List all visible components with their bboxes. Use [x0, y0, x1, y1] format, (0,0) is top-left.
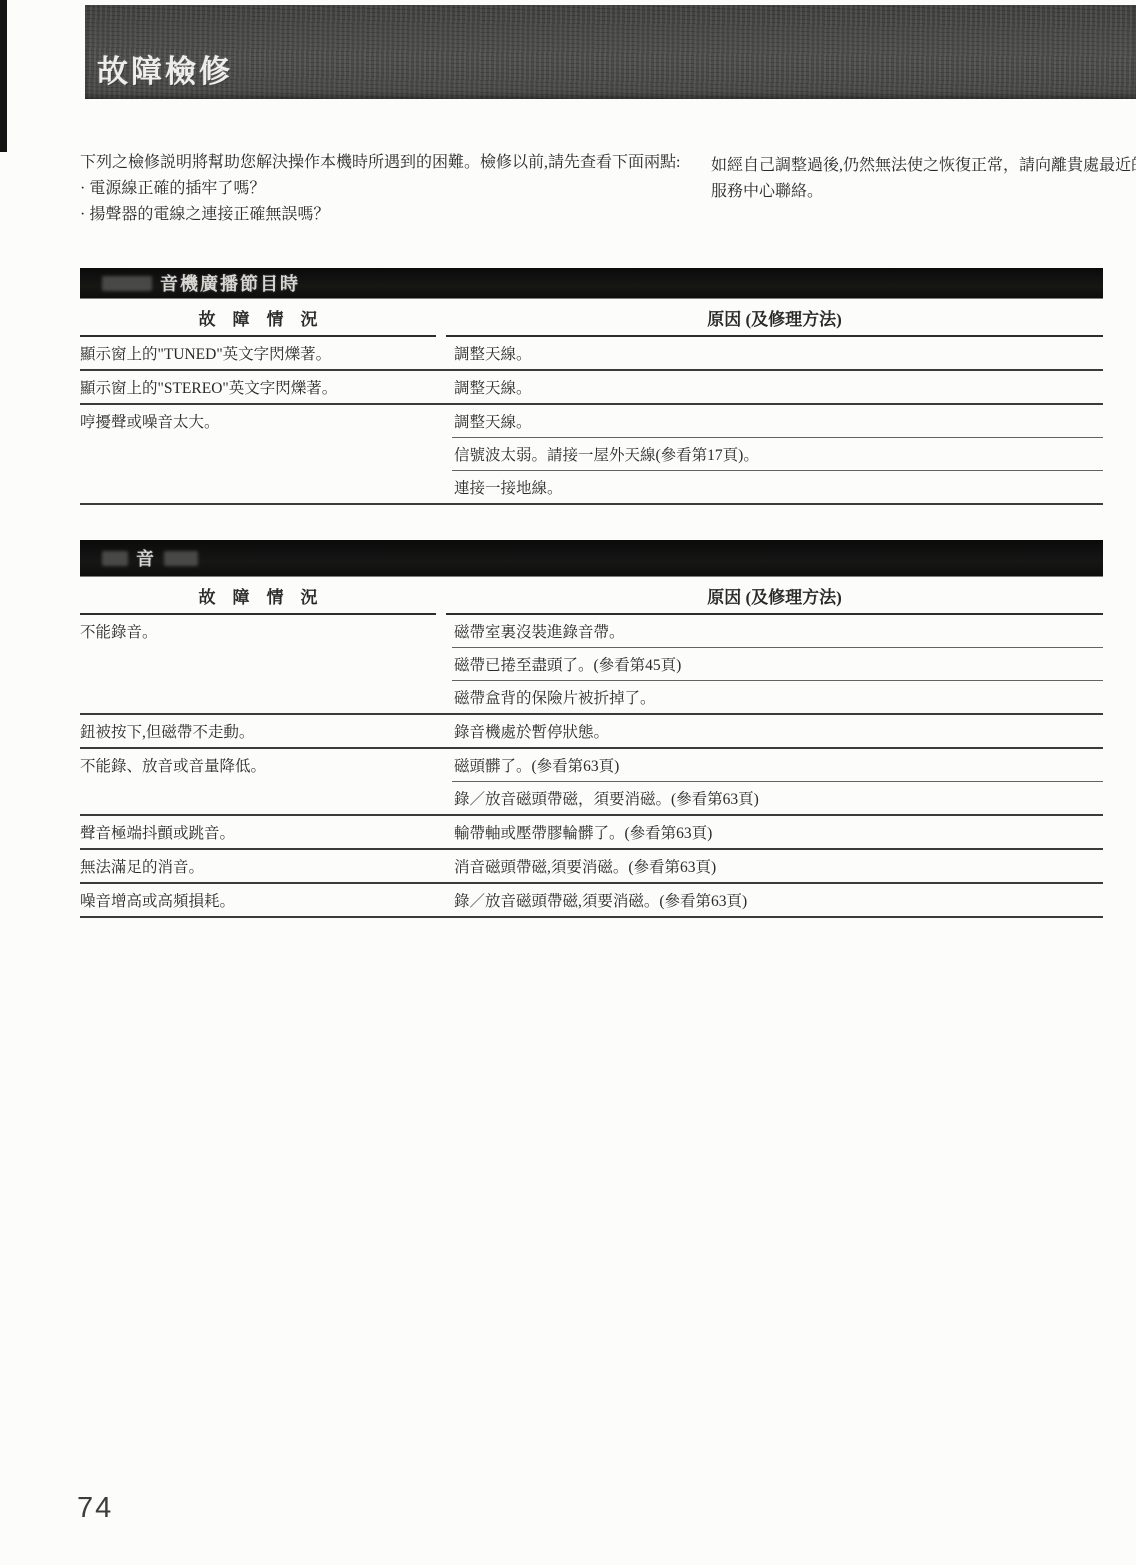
symptom-cell: 不能錄、放音或音量降低。 — [80, 749, 442, 814]
cause-cell: 連接一接地線。 — [452, 470, 1103, 503]
cause-cell: 磁帶盒背的保險片被折掉了。 — [452, 680, 1103, 713]
scan-edge-artifact — [0, 0, 7, 152]
table-row: 不能錄、放音或音量降低。 磁頭髒了。(參看第63頁) 錄／放音磁頭帶磁，須要消磁… — [80, 749, 1103, 816]
cause-cell: 磁帶室裏沒裝進錄音帶。 — [452, 615, 1103, 647]
cause-cell: 磁頭髒了。(參看第63頁) — [452, 749, 1103, 781]
cause-cell: 調整天線。 — [452, 405, 1103, 437]
troubleshooting-table-radio: 音機廣播節目時 故 障 情 況 原因 (及修理方法) 顯示窗上的"TUNED"英… — [80, 268, 1103, 505]
table-header-row: 故 障 情 況 原因 (及修理方法) — [80, 576, 1103, 615]
table-header-row: 故 障 情 況 原因 (及修理方法) — [80, 298, 1103, 337]
intro-line: 如經自己調整過後,仍然無法使之恢復正常，請向離貴處最近的 — [711, 153, 1136, 179]
table-row: 無法滿足的消音。 消音磁頭帶磁,須要消磁。(參看第63頁) — [80, 850, 1103, 884]
cause-cell: 調整天線。 — [452, 337, 1103, 369]
intro-checkpoint-1: · 電源線正確的插牢了嗎？ — [80, 176, 698, 202]
table-row: 顯示窗上的"STEREO"英文字閃爍著。 調整天線。 — [80, 371, 1103, 405]
section-header-recording: 音 — [80, 540, 1103, 576]
page-header-band: 故障檢修 — [85, 5, 1136, 99]
symptom-cell: 顯示窗上的"TUNED"英文字閃爍著。 — [80, 337, 442, 369]
cause-cell: 錄音機處於暫停狀態。 — [452, 715, 1103, 747]
intro-paragraph-left: 下列之檢修説明將幫助您解決操作本機時所遇到的困難。檢修以前,請先查看下面兩點: … — [80, 150, 698, 228]
page-title: 故障檢修 — [97, 46, 233, 91]
symptom-cell: 無法滿足的消音。 — [80, 850, 442, 882]
symptom-cell: 哼擾聲或噪音太大。 — [80, 405, 442, 503]
cause-cell: 錄／放音磁頭帶磁，須要消磁。(參看第63頁) — [452, 781, 1103, 814]
section-header-radio: 音機廣播節目時 — [80, 268, 1103, 298]
cause-cell: 消音磁頭帶磁,須要消磁。(參看第63頁) — [452, 850, 1103, 882]
cause-cell-group: 磁頭髒了。(參看第63頁) 錄／放音磁頭帶磁，須要消磁。(參看第63頁) — [452, 749, 1103, 814]
column-header-cause: 原因 (及修理方法) — [446, 305, 1103, 337]
intro-paragraph-right: 如經自己調整過後,仍然無法使之恢復正常，請向離貴處最近的 服務中心聯絡。 — [711, 153, 1136, 205]
symptom-cell: 鈕被按下,但磁帶不走動。 — [80, 715, 442, 747]
section-title: 音 — [136, 545, 156, 571]
cause-cell: 輸帶軸或壓帶膠輪髒了。(參看第63頁) — [452, 816, 1103, 848]
table-row: 噪音增高或高頻損耗。 錄／放音磁頭帶磁,須要消磁。(參看第63頁) — [80, 884, 1103, 918]
section-title: 音機廣播節目時 — [160, 270, 300, 296]
cause-cell-group: 錄／放音磁頭帶磁,須要消磁。(參看第63頁) — [452, 884, 1103, 916]
troubleshooting-table-recording: 音 故 障 情 況 原因 (及修理方法) 不能錄音。 磁帶室裏沒裝進錄音帶。 磁… — [80, 540, 1103, 918]
table-row: 哼擾聲或噪音太大。 調整天線。 信號波太弱。請接一屋外天線(參看第17頁)。 連… — [80, 405, 1103, 505]
symptom-cell: 不能錄音。 — [80, 615, 442, 713]
table-row: 不能錄音。 磁帶室裏沒裝進錄音帶。 磁帶已捲至盡頭了。(參看第45頁) 磁帶盒背… — [80, 615, 1103, 715]
symptom-cell: 噪音增高或高頻損耗。 — [80, 884, 442, 916]
cause-cell: 信號波太弱。請接一屋外天線(參看第17頁)。 — [452, 437, 1103, 470]
column-header-symptom: 故 障 情 況 — [80, 583, 436, 615]
table-row: 鈕被按下,但磁帶不走動。 錄音機處於暫停狀態。 — [80, 715, 1103, 749]
cause-cell: 磁帶已捲至盡頭了。(參看第45頁) — [452, 647, 1103, 680]
cause-cell-group: 錄音機處於暫停狀態。 — [452, 715, 1103, 747]
column-header-cause: 原因 (及修理方法) — [446, 583, 1103, 615]
cause-cell-group: 調整天線。 — [452, 337, 1103, 369]
cause-cell-group: 輸帶軸或壓帶膠輪髒了。(參看第63頁) — [452, 816, 1103, 848]
illegible-text-smudge — [102, 276, 152, 291]
table-row: 聲音極端抖顫或跳音。 輸帶軸或壓帶膠輪髒了。(參看第63頁) — [80, 816, 1103, 850]
cause-cell-group: 磁帶室裏沒裝進錄音帶。 磁帶已捲至盡頭了。(參看第45頁) 磁帶盒背的保險片被折… — [452, 615, 1103, 713]
cause-cell: 錄／放音磁頭帶磁,須要消磁。(參看第63頁) — [452, 884, 1103, 916]
cause-cell: 調整天線。 — [452, 371, 1103, 403]
cause-cell-group: 調整天線。 — [452, 371, 1103, 403]
cause-cell-group: 消音磁頭帶磁,須要消磁。(參看第63頁) — [452, 850, 1103, 882]
intro-line: 服務中心聯絡。 — [711, 179, 1136, 205]
cause-cell-group: 調整天線。 信號波太弱。請接一屋外天線(參看第17頁)。 連接一接地線。 — [452, 405, 1103, 503]
illegible-text-smudge — [102, 551, 128, 566]
column-header-symptom: 故 障 情 況 — [80, 305, 436, 337]
symptom-cell: 顯示窗上的"STEREO"英文字閃爍著。 — [80, 371, 442, 403]
page-number: 74 — [77, 1492, 113, 1525]
table-row: 顯示窗上的"TUNED"英文字閃爍著。 調整天線。 — [80, 337, 1103, 371]
intro-checkpoint-2: · 揚聲器的電線之連接正確無誤嗎？ — [80, 202, 698, 228]
scanned-manual-page: { "page": { "header_title": "故障檢修", "pag… — [0, 0, 1136, 1565]
symptom-cell: 聲音極端抖顫或跳音。 — [80, 816, 442, 848]
intro-line: 下列之檢修説明將幫助您解決操作本機時所遇到的困難。檢修以前,請先查看下面兩點: — [80, 150, 698, 176]
illegible-text-smudge — [164, 551, 198, 566]
